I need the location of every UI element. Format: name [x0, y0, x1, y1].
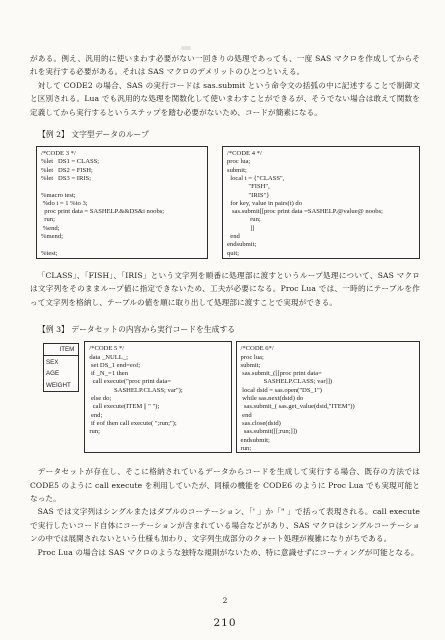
paragraph-quotation-rules: SAS では文字列はシングルまたはダブルのコーテーション、「' 」か「" 」で括… [30, 505, 420, 545]
example3-heading: 【例 3】 データセットの内容から実行コードを生成する [38, 324, 420, 336]
paragraph-continuation: がある。例え、汎用的に使いまわす必要がない一回きりの処理であっても、一度 SAS… [30, 52, 420, 79]
closing-paragraphs: データセットが存在し、そこに格納されているデータからコードを生成して実行する場合… [30, 465, 420, 559]
item-table-row: WEIGHT [44, 379, 78, 391]
page-number: 2 [30, 596, 420, 605]
item-table-row: AGE [44, 368, 78, 380]
paragraph-loop-explanation: 「CLASS」、「FISH」、「IRIS」という文字列を順番に処理部に渡すという… [30, 269, 420, 309]
paragraph-proc-lua-conclusion: Proc Lua の場合は SAS マクロのような独特な規則がないため、特に意識… [30, 546, 420, 559]
code4-block: /*CODE 4 */ proc lua; submit; local t = … [222, 146, 420, 259]
paragraph-code2-comparison: 対して CODE2 の場合、SAS の実行コードは sas.submit という… [30, 79, 420, 119]
scan-artifact [181, 46, 191, 50]
item-table-row: SEX [44, 356, 78, 368]
code5-block: /*CODE 5 */ data _NULL_; set DS_1 end=eo… [84, 341, 231, 453]
example2-code-row: /*CODE 3 */ %let DS1 = CLASS; %let DS2 =… [36, 146, 420, 259]
item-table: ITEM SEX AGE WEIGHT [43, 343, 79, 392]
code3-block: /*CODE 3 */ %let DS1 = CLASS; %let DS2 =… [36, 146, 208, 259]
paragraph-call-execute: データセットが存在し、そこに格納されているデータからコードを生成して実行する場合… [30, 465, 420, 505]
item-table-header: ITEM [44, 344, 78, 356]
book-page-number: 210 [30, 617, 420, 629]
example2-heading: 【例 2】 文字型データのループ [38, 129, 420, 141]
document-page: がある。例え、汎用的に使いまわす必要がない一回きりの処理であっても、一度 SAS… [0, 0, 445, 640]
example3-code-row: ITEM SEX AGE WEIGHT /*CODE 5 */ data _NU… [43, 341, 420, 453]
code6-block: /*CODE 6*/ proc lua; submit; sas.submit_… [236, 341, 420, 453]
